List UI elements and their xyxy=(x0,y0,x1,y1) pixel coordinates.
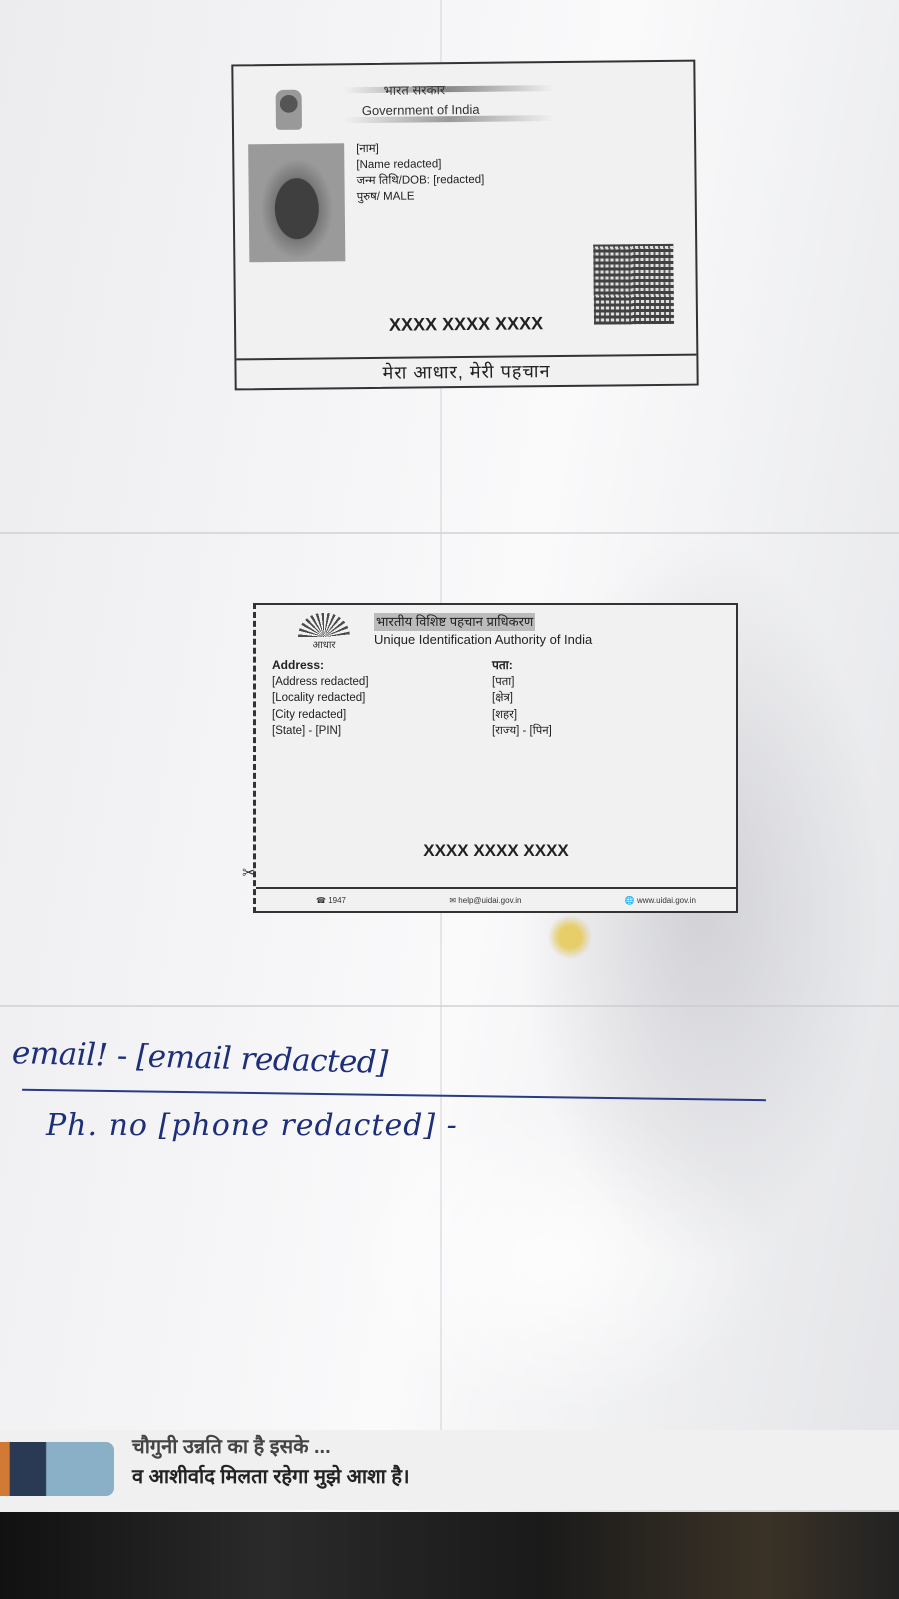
address-line: [State] - [PIN] xyxy=(272,723,504,740)
address-hindi: पता: [पता] [क्षेत्र] [शहर] [राज्य] - [पि… xyxy=(492,657,732,740)
stain-mark xyxy=(548,915,592,959)
name-hindi: [नाम] xyxy=(356,140,484,157)
underlying-text: चौगुनी उन्नति का है इसके ... xyxy=(132,1432,331,1459)
handwritten-underline xyxy=(22,1089,766,1101)
phone-icon: ☎ 1947 xyxy=(316,896,346,905)
aadhaar-sun-logo-icon: आधार xyxy=(294,613,354,651)
address-line: [राज्य] - [पिन] xyxy=(492,723,732,740)
underlying-photo xyxy=(0,1442,114,1496)
holder-details: [नाम] [Name redacted] जन्म तिथि/DOB: [re… xyxy=(356,140,484,205)
address-line: [City redacted] xyxy=(272,707,504,724)
table-surface xyxy=(0,1512,899,1599)
government-header: भारत सरकार Government of India xyxy=(343,79,563,125)
id-number: XXXX XXXX XXXX xyxy=(256,841,736,861)
gender-field: पुरुष/ MALE xyxy=(357,188,485,205)
handwritten-phone: Ph. no [phone redacted] - xyxy=(46,1108,458,1143)
authority-hindi: भारतीय विशिष्ट पहचान प्राधिकरण xyxy=(374,613,535,631)
fold-line xyxy=(0,532,899,534)
address-label: Address: xyxy=(272,657,504,674)
authority-header: भारतीय विशिष्ट पहचान प्राधिकरण Unique Id… xyxy=(374,613,592,649)
address-label-hindi: पता: xyxy=(492,657,732,674)
address-english: Address: [Address redacted] [Locality re… xyxy=(272,657,504,740)
fold-line xyxy=(0,1005,899,1007)
card-tagline: मेरा आधार, मेरी पहचान xyxy=(236,354,696,389)
name-english: [Name redacted] xyxy=(356,156,484,173)
authority-english: Unique Identification Authority of India xyxy=(374,631,592,649)
id-number: XXXX XXXX XXXX xyxy=(236,312,696,338)
logo-text: आधार xyxy=(294,637,354,651)
handwritten-email: email! - [email redacted] xyxy=(12,1035,389,1081)
dob-field: जन्म तिथि/DOB: [redacted] xyxy=(356,172,484,189)
card-footer: ☎ 1947 ✉ help@uidai.gov.in 🌐 www.uidai.g… xyxy=(256,887,736,911)
web-icon: 🌐 www.uidai.gov.in xyxy=(625,896,696,905)
address-line: [क्षेत्र] xyxy=(492,690,732,707)
address-line: [शहर] xyxy=(492,707,732,724)
address-line: [पता] xyxy=(492,674,732,691)
paper-sheet: भारत सरकार Government of India [नाम] [Na… xyxy=(0,0,899,1430)
national-emblem-icon xyxy=(276,90,302,130)
underlying-text: व आशीर्वाद मिलता रहेगा मुझे आशा है। xyxy=(132,1462,410,1489)
address-line: [Locality redacted] xyxy=(272,690,504,707)
address-line: [Address redacted] xyxy=(272,674,504,691)
mail-icon: ✉ help@uidai.gov.in xyxy=(449,896,521,905)
holder-photo xyxy=(248,143,345,262)
gov-title-hindi: भारत सरकार xyxy=(383,80,445,99)
id-card-back: ✂ आधार भारतीय विशिष्ट पहचान प्राधिकरण Un… xyxy=(253,603,738,913)
id-card-front: भारत सरकार Government of India [नाम] [Na… xyxy=(231,60,698,391)
gov-title-english: Government of India xyxy=(362,102,480,118)
scissors-icon: ✂ xyxy=(242,863,255,883)
